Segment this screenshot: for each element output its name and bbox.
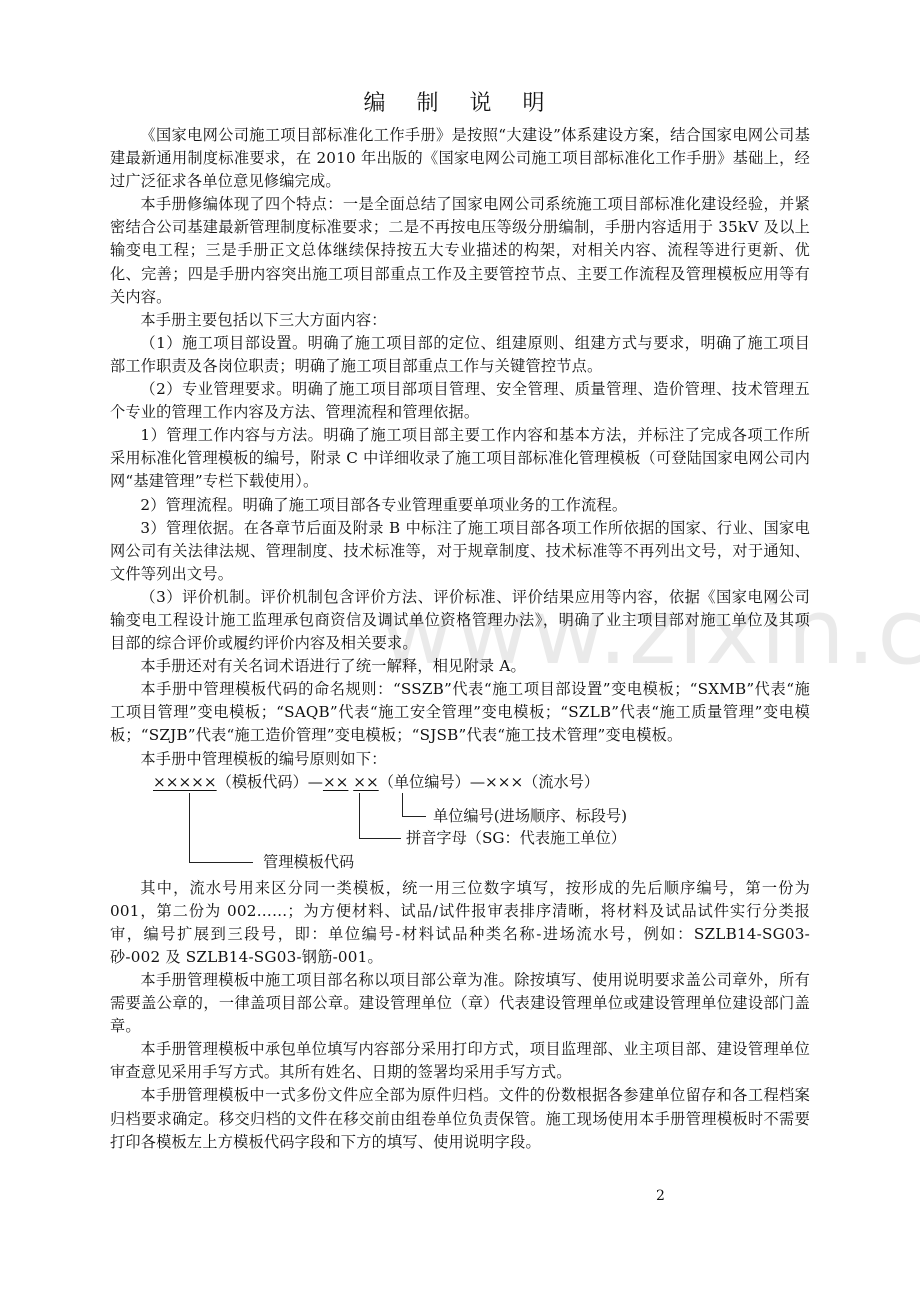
paragraph: 本手册修编体现了四个特点：一是全面总结了国家电网公司系统施工项目部标准化建设经验… xyxy=(110,193,810,308)
annotation-pinyin: 拼音字母（SG：代表施工单位） xyxy=(406,827,626,849)
paragraph: 本手册管理模板中施工项目部名称以项目部公章为准。除按填写、使用说明要求盖公司章外… xyxy=(110,969,810,1038)
annotation-unit: 单位编号(进场顺序、标段号) xyxy=(433,805,627,827)
paragraph: 本手册还对有关名词术语进行了统一解释，相见附录 A。 xyxy=(110,655,810,678)
paragraph: （2）专业管理要求。明确了施工项目部项目管理、安全管理、质量管理、造价管理、技术… xyxy=(110,378,810,424)
paragraph: （3）评价机制。评价机制包含评价方法、评价标准、评价结果应用等内容，依据《国家电… xyxy=(110,586,810,655)
code-placeholder: ××××× xyxy=(153,773,217,791)
unit-label: （单位编号）—×××（流水号） xyxy=(379,773,599,791)
annotation-code: 管理模板代码 xyxy=(263,851,354,873)
connector-line xyxy=(359,793,360,839)
page-title: 编 制 说 明 xyxy=(110,88,810,120)
paragraph: 本手册主要包括以下三大方面内容： xyxy=(110,309,810,332)
numbering-diagram: ×××××（模板代码）—×× ××（单位编号）—×××（流水号） 单位编号(进场… xyxy=(110,771,810,861)
connector-line xyxy=(402,793,403,817)
code-label: （模板代码）— xyxy=(217,773,323,791)
paragraph: 本手册中管理模板代码的命名规则：“SSZB”代表“施工项目部设置”变电模板；“S… xyxy=(110,678,810,747)
unit-placeholder: ×× xyxy=(353,773,378,791)
connector-line xyxy=(189,793,190,863)
document-page: 编 制 说 明 《国家电网公司施工项目部标准化工作手册》是按照“大建设”体系建设… xyxy=(110,88,810,1154)
page-number: 2 xyxy=(656,1188,665,1204)
connector-line xyxy=(189,862,253,863)
numbering-format: ×××××（模板代码）—×× ××（单位编号）—×××（流水号） xyxy=(153,771,599,793)
paragraph: 3）管理依据。在各章节后面及附录 B 中标注了施工项目部各项工作所依据的国家、行… xyxy=(110,517,810,586)
paragraph: 2）管理流程。明确了施工项目部各专业管理重要单项业务的工作流程。 xyxy=(110,494,810,517)
paragraph: 《国家电网公司施工项目部标准化工作手册》是按照“大建设”体系建设方案，结合国家电… xyxy=(110,124,810,193)
connector-line xyxy=(402,816,426,817)
paragraph: 本手册管理模板中一式多份文件应全部为原件归档。文件的份数根据各参建单位留存和各工… xyxy=(110,1084,810,1153)
connector-line xyxy=(359,838,401,839)
paragraph: 本手册中管理模板的编号原则如下： xyxy=(110,748,810,771)
pinyin-placeholder: ×× xyxy=(323,773,348,791)
paragraph: 1）管理工作内容与方法。明确了施工项目部主要工作内容和基本方法，并标注了完成各项… xyxy=(110,424,810,493)
paragraph: 本手册管理模板中承包单位填写内容部分采用打印方式，项目监理部、业主项目部、建设管… xyxy=(110,1038,810,1084)
paragraph: 其中，流水号用来区分同一类模板，统一用三位数字填写，按形成的先后顺序编号，第一份… xyxy=(110,877,810,969)
paragraph: （1）施工项目部设置。明确了施工项目部的定位、组建原则、组建方式与要求，明确了施… xyxy=(110,332,810,378)
